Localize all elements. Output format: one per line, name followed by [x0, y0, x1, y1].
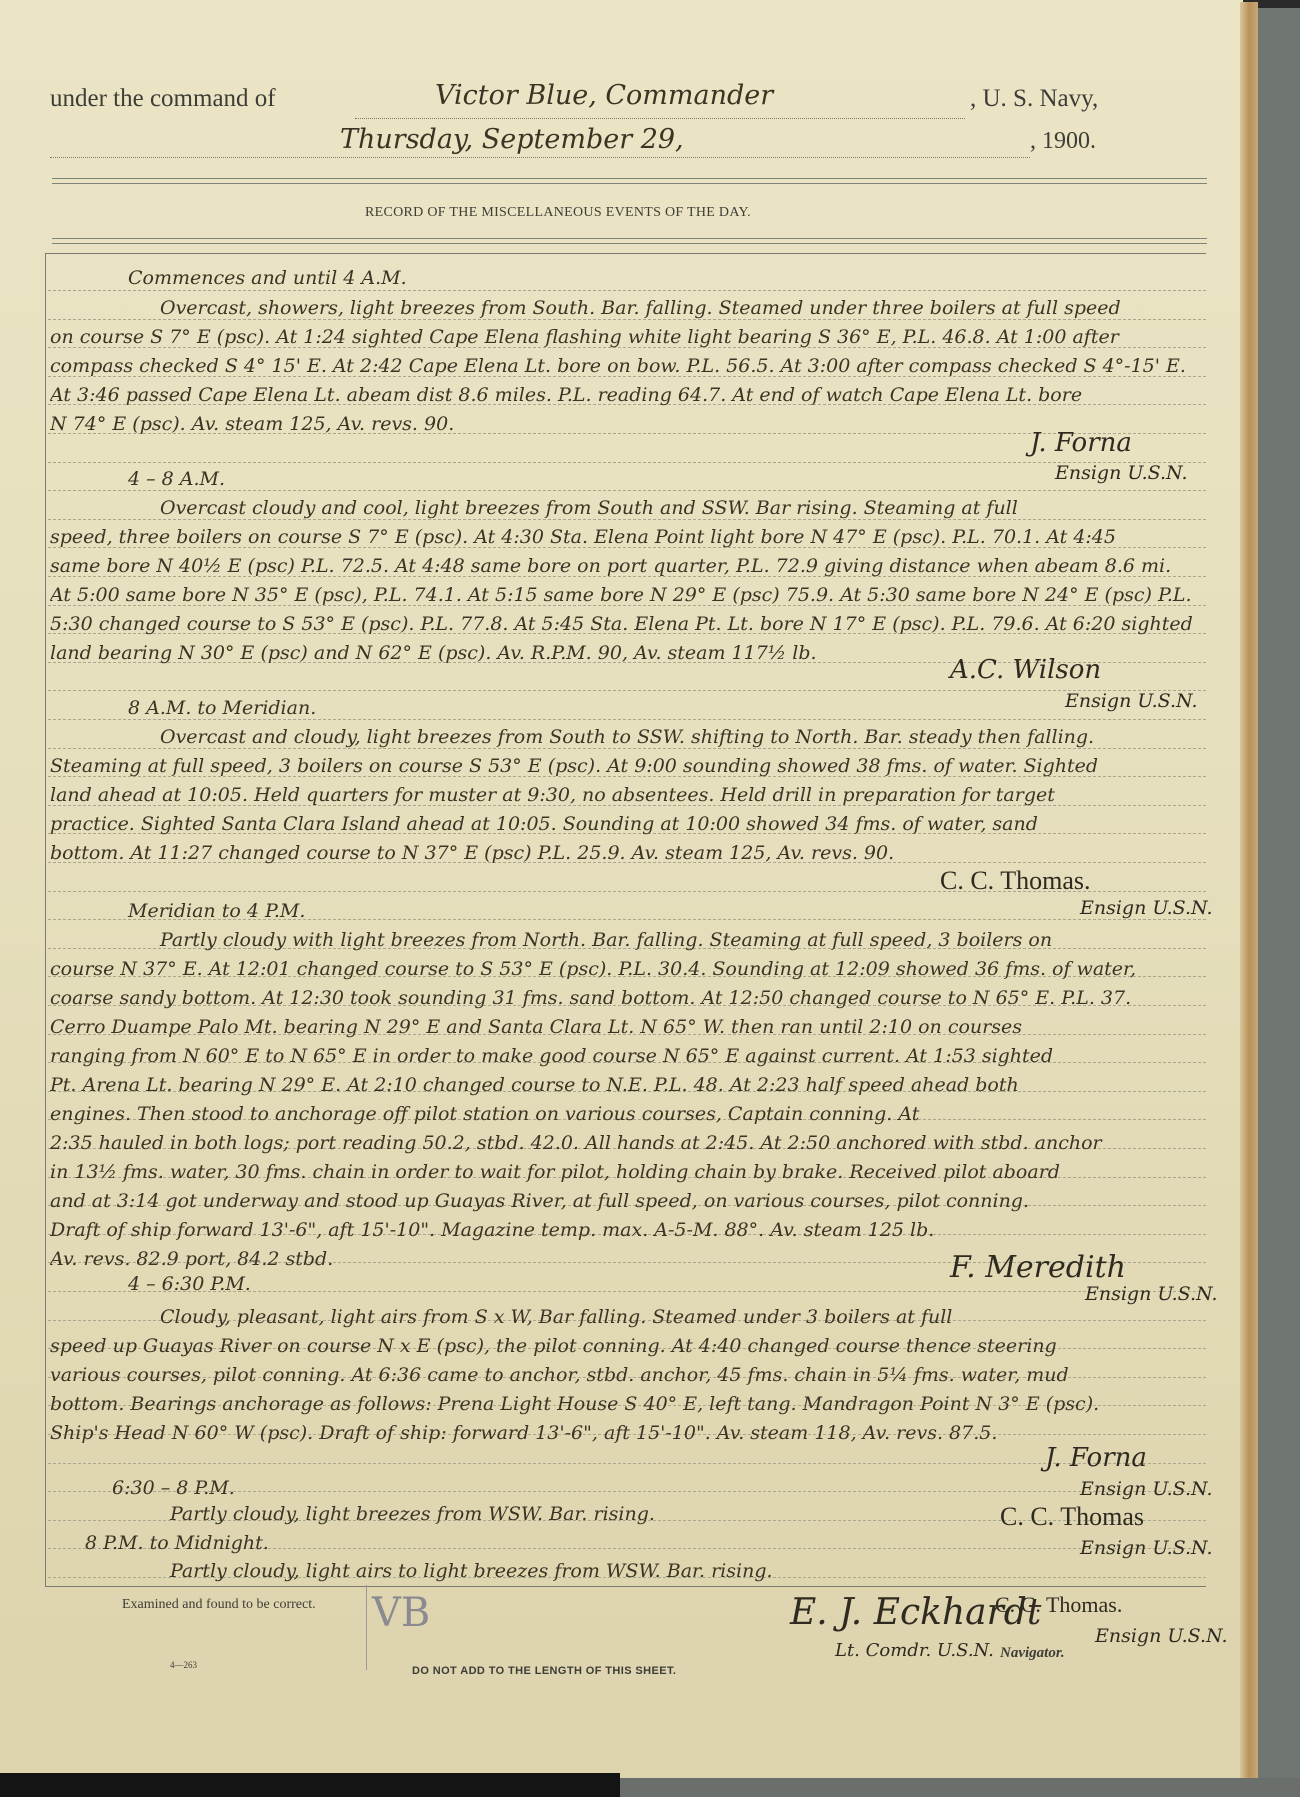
log-line: compass checked S 4° 15' E. At 2:42 Cape…: [50, 355, 1200, 377]
log-line: ranging from N 60° E to N 65° E in order…: [50, 1045, 1200, 1067]
watch-heading: 4 – 8 A.M.: [128, 468, 225, 490]
officer-rank: Ensign U.S.N.: [1085, 1283, 1218, 1305]
officer-signature: J. Forna: [1045, 1443, 1147, 1473]
ruled-line: [48, 462, 1206, 463]
officer-rank: Ensign U.S.N.: [1055, 462, 1188, 484]
log-line: Ship's Head N 60° W (psc). Draft of ship…: [50, 1422, 1200, 1444]
watch-heading: Meridian to 4 P.M.: [128, 900, 305, 922]
ruled-line: [48, 519, 1206, 520]
final-watch-rank: Ensign U.S.N.: [1095, 1625, 1228, 1647]
log-line: N 74° E (psc). Av. steam 125, Av. revs. …: [50, 413, 1200, 435]
ruled-line: [48, 290, 1206, 291]
ruled-line: [48, 748, 1206, 749]
log-line: 5:30 changed course to S 53° E (psc). P.…: [50, 613, 1200, 635]
officer-signature: F. Meredith: [950, 1250, 1126, 1285]
log-line: At 5:00 same bore N 35° E (psc), P.L. 74…: [50, 584, 1200, 606]
officer-signature: A.C. Wilson: [950, 655, 1101, 685]
watch-heading: Commences and until 4 A.M.: [128, 267, 407, 289]
command-prefix: under the command of: [50, 85, 276, 113]
officer-signature: C. C. Thomas: [1000, 1502, 1144, 1532]
watch-heading: 6:30 – 8 P.M.: [112, 1477, 235, 1499]
log-date: Thursday, September 29,: [340, 124, 684, 155]
commander-name: Victor Blue, Commander: [435, 80, 773, 111]
reviewer-initials-mark: VB: [372, 1590, 430, 1636]
log-line: engines. Then stood to anchorage off pil…: [50, 1103, 1200, 1125]
log-line: course N 37° E. At 12:01 changed course …: [50, 958, 1200, 980]
log-line: speed, three boilers on course S 7° E (p…: [50, 526, 1200, 548]
log-line: bottom. At 11:27 changed course to N 37°…: [50, 842, 1200, 864]
commander-underline: [355, 118, 965, 119]
scan-bottom-shadow: [0, 1773, 620, 1797]
log-line: Overcast, showers, light breezes from So…: [50, 297, 1200, 319]
log-line: At 3:46 passed Cape Elena Lt. abeam dist…: [50, 384, 1200, 406]
log-year: , 1900.: [1030, 128, 1096, 155]
ruled-line: [48, 690, 1206, 691]
officer-signature: J. Forna: [1030, 428, 1132, 458]
ruled-line: [48, 1463, 1206, 1464]
section-double-rule: [52, 238, 1207, 244]
watch-heading: 8 A.M. to Meridian.: [128, 697, 316, 719]
log-line: on course S 7° E (psc). At 1:24 sighted …: [50, 326, 1200, 348]
watch-heading: 8 P.M. to Midnight.: [85, 1532, 269, 1554]
ruled-line: [48, 490, 1206, 491]
log-line: Draft of ship forward 13'-6", aft 15'-10…: [50, 1219, 1200, 1241]
date-underline: [50, 157, 1030, 158]
log-line: Partly cloudy, light airs to light breez…: [50, 1560, 1200, 1582]
log-line: coarse sandy bottom. At 12:30 took sound…: [50, 987, 1200, 1009]
examined-label: Examined and found to be correct.: [122, 1597, 316, 1613]
navigator-rank: Lt. Comdr. U.S.N.: [835, 1640, 994, 1661]
ruled-line: [48, 719, 1206, 720]
ruled-line: [48, 319, 1206, 320]
page-edge: [1240, 2, 1258, 1787]
log-page: under the command of Victor Blue, Comman…: [0, 0, 1243, 1783]
log-line: Pt. Arena Lt. bearing N 29° E. At 2:10 c…: [50, 1074, 1200, 1096]
log-line: Overcast and cloudy, light breezes from …: [50, 726, 1200, 748]
watch-heading: 4 – 6:30 P.M.: [128, 1273, 251, 1295]
officer-rank: Ensign U.S.N.: [1065, 690, 1198, 712]
log-line: various courses, pilot conning. At 6:36 …: [50, 1364, 1200, 1386]
final-watch-signature: C. C. Thomas.: [995, 1592, 1122, 1618]
officer-rank: Ensign U.S.N.: [1080, 1478, 1213, 1500]
scan-bottom-background: [620, 1778, 1300, 1797]
log-line: speed up Guayas River on course N x E (p…: [50, 1335, 1200, 1357]
navy-suffix: , U. S. Navy,: [970, 85, 1098, 113]
log-line: Partly cloudy with light breezes from No…: [50, 929, 1200, 951]
header-double-rule: [52, 178, 1207, 184]
officer-signature: C. C. Thomas.: [940, 866, 1090, 896]
log-line: and at 3:14 got underway and stood up Gu…: [50, 1190, 1200, 1212]
log-line: practice. Sighted Santa Clara Island ahe…: [50, 813, 1200, 835]
log-line: Cerro Duampe Palo Mt. bearing N 29° E an…: [50, 1016, 1200, 1038]
log-line: Overcast cloudy and cool, light breezes …: [50, 497, 1200, 519]
log-line: bottom. Bearings anchorage as follows: P…: [50, 1393, 1200, 1415]
officer-rank: Ensign U.S.N.: [1080, 1537, 1213, 1559]
log-line: in 13½ fms. water, 30 fms. chain in orde…: [50, 1161, 1200, 1183]
log-line: Steaming at full speed, 3 boilers on cou…: [50, 755, 1200, 777]
navigator-label: Navigator.: [1000, 1645, 1065, 1662]
form-number: 4—263: [170, 1660, 197, 1670]
officer-rank: Ensign U.S.N.: [1080, 897, 1213, 919]
log-line: land ahead at 10:05. Held quarters for m…: [50, 784, 1200, 806]
section-title: RECORD OF THE MISCELLANEOUS EVENTS OF TH…: [365, 205, 751, 221]
log-line: same bore N 40½ E (psc) P.L. 72.5. At 4:…: [50, 555, 1200, 577]
log-line: Cloudy, pleasant, light airs from S x W,…: [50, 1306, 1200, 1328]
pencil-stroke: [366, 1585, 367, 1670]
length-notice: DO NOT ADD TO THE LENGTH OF THIS SHEET.: [412, 1665, 676, 1677]
log-line: 2:35 hauled in both logs; port reading 5…: [50, 1132, 1200, 1154]
